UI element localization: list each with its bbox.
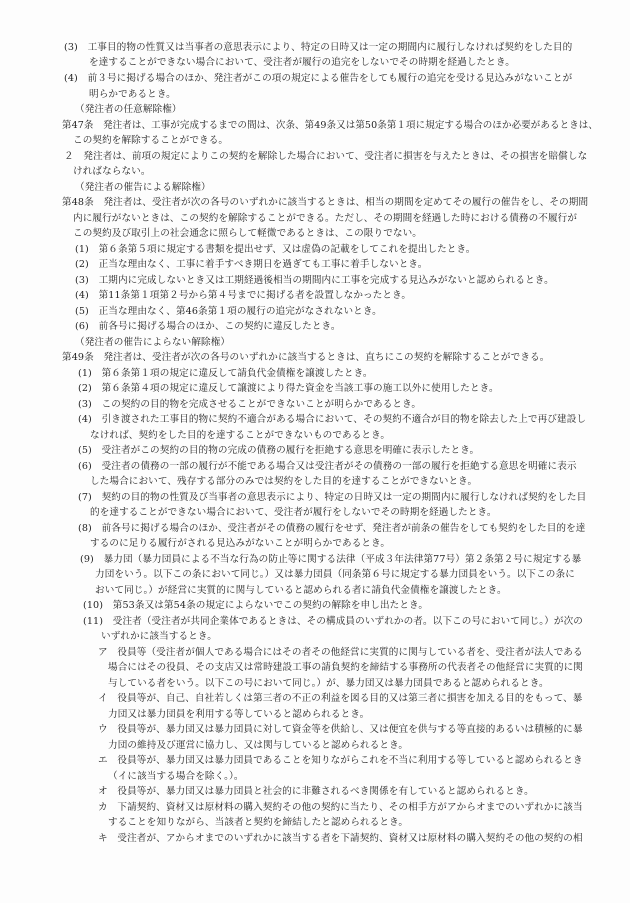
text-line: (4) 前３号に掲げる場合のほか、発注者がこの項の規定による催告をしても履行の追… [64,73,572,85]
text-line: 場合にはその役員、その支店又は常時建設工事の請負契約を締結する事務所の代表者その… [108,662,583,674]
text-line: 第48条 発注者は、受注者が次の各号のいずれかに該当するときは、相当の期間を定め… [62,197,588,209]
text-line: カ 下請契約、資材又は原材料の購入契約その他の契約に当たり、その相手方がアからオ… [98,802,583,814]
text-line: (5) 受注者がこの契約の目的物の完成の債務の履行を拒絶する意思を明確に表示した… [78,445,479,457]
text-line: いずれかに該当するとき。 [101,631,217,643]
text-line: ア 役員等（受注者が個人である場合にはその者その他経営に実質的に関与している者を… [98,647,583,659]
text-line: ければならない。 [73,166,151,178]
text-line: (6) 前各号に掲げる場合のほか、この契約に違反したとき。 [75,321,341,333]
text-line: 力団又は暴力団員を利用する等していると認められるとき。 [108,709,369,721]
text-line: した場合において、残存する部分のみでは契約をした目的を達することができないとき。 [90,476,477,488]
text-line: (1) 第６条第５項に規定する書類を提出せず、又は虚偽の記載をしてこれを提出した… [75,244,476,256]
text-line: 的を達することができない場合において、受注者が履行をしないでその時期を経過したと… [90,507,497,519]
text-line: (6) 受注者の債務の一部の履行が不能である場合又は受注者がその債務の一部の履行… [78,461,577,473]
text-line: この契約を解除することができる。 [73,135,228,147]
text-line: （イに該当する場合を除く。）。 [108,771,244,783]
text-line: エ 役員等が、暴力団又は暴力団員であることを知りながらこれを不当に利用する等して… [98,755,583,767]
text-line: (8) 前各号に掲げる場合のほか、受注者がその債務の履行をせず、発注者が前条の催… [78,523,586,535]
text-line: (3) 工事目的物の性質又は当事者の意思表示により、特定の日時又は一定の期間内に… [64,42,572,54]
text-line: するのに足りる履行がされる見込みがないことが明らかであるとき。 [90,538,390,550]
text-line: この契約及び取引上の社会通念に照らして軽微であるときは、この限りでない。 [73,228,422,240]
text-line: （発注者の任意解除権） [75,104,182,116]
text-line: ウ 役員等が、暴力団又は暴力団員に対して資金等を供給し、又は便宜を供与する等直接… [98,724,583,736]
text-line: 第49条 発注者は、受注者が次の各号のいずれかに該当するときは、直ちにこの契約を… [62,352,549,364]
text-line: （発注者の催告による解除権） [75,182,211,194]
text-line: オ 役員等が、暴力団又は暴力団員と社会的に非難されるべき関係を有していると認めら… [98,786,534,798]
text-line: (2) 正当な理由なく、工事に着手すべき期日を過ぎても工事に着手しないとき。 [75,259,427,271]
text-line: (10) 第53条又は第54条の規定によらないでこの契約の解除を申し出たとき。 [83,600,428,612]
text-line: ２ 発注者は、前項の規定によりこの契約を解除した場合において、受注者に損害を与え… [64,151,587,163]
text-line: (1) 第６条第１項の規定に違反して請負代金債権を譲渡したとき。 [78,368,373,380]
text-line: (3) 工期内に完成しないとき又は工期経過後相当の期間内に工事を完成する見込みが… [75,275,554,287]
text-line: おいて同じ。）が経営に実質的に関与していると認められる者に請負代金債権を譲渡した… [95,585,507,597]
text-line: 内に履行がないときは、この契約を解除することができる。ただし、その期間を経過した… [73,213,577,225]
text-line: （発注者の催告によらない解除権） [75,337,230,349]
text-line: (11) 受注者（受注者が共同企業体であるときは、その構成員のいずれかの者。以下… [83,616,583,628]
text-line: (5) 正当な理由なく、第46条第１項の履行の追完がなされないとき。 [75,306,382,318]
text-line: 第47条 発注者は、工事が完成するまでの間は、次条、第49条又は第50条第１項に… [62,120,598,132]
text-line: (9) 暴力団（暴力団員による不当な行為の防止等に関する法律（平成３年法律第77… [80,554,581,566]
text-line: することを知りながら、当該者と契約を締結したと認められるとき。 [108,817,408,829]
text-line: (2) 第６条第４項の規定に違反して譲渡により得た資金を当該工事の施工以外に使用… [78,383,499,395]
text-line: 力団をいう。以下この条において同じ。）又は暴力団員（同条第６号に規定する暴力団員… [95,569,575,581]
text-line: 明らかであるとき。 [89,89,176,101]
text-line: (3) この契約の目的物を完成させることができないことが明らかであるとき。 [78,399,421,411]
text-line: を達することができない場合において、受注者が履行の追完をしないでその時期を経過し… [89,57,515,69]
text-line: キ 受注者が、アからオまでのいずれかに該当する者を下請契約、資材又は原材料の購入… [98,833,583,845]
text-line: イ 役員等が、自己、自社若しくは第三者の不正の利益を図る目的又は第三者に損害を加… [98,693,583,705]
text-line: (4) 引き渡された工事目的物に契約不適合がある場合において、その契約不適合が目… [78,414,586,426]
text-line: (7) 契約の目的物の性質及び当事者の意思表示により、特定の日時又は一定の期間内… [78,492,586,504]
text-line: なければ、契約をした目的を達することができないものであるとき。 [90,430,390,442]
text-line: (4) 第11条第１項第２号から第４号までに掲げる者を設置しなかったとき。 [75,290,411,302]
text-line: 与している者をいう。以下この号において同じ。）が、暴力団又は暴力団員であると認め… [108,678,549,690]
text-line: 力団の維持及び運営に協力し、又は関与していると認められるとき。 [108,740,408,752]
document-page: (3) 工事目的物の性質又は当事者の意思表示により、特定の日時又は一定の期間内に… [0,0,630,903]
